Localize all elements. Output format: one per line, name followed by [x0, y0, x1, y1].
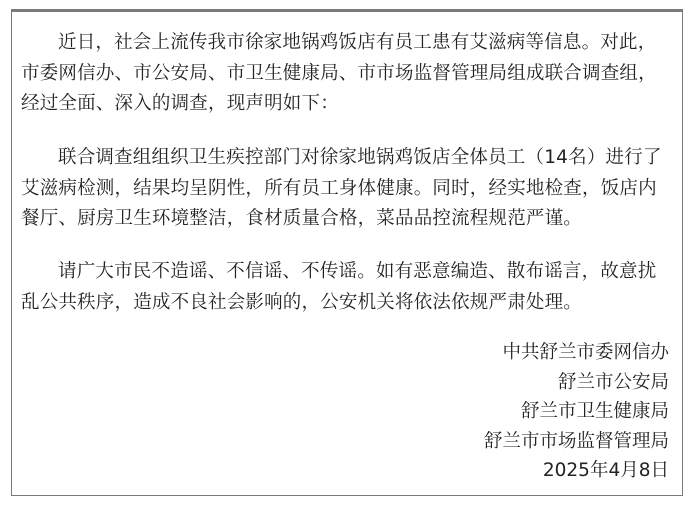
signatory-health-bureau: 舒兰市卫生健康局	[484, 397, 669, 427]
paragraph-findings: 联合调查组组织卫生疾控部门对徐家地锅鸡饭店全体员工（14名）进行了艾滋病检测，结…	[21, 143, 671, 235]
document-date: 2025年4月8日	[484, 456, 669, 486]
paragraph-intro: 近日，社会上流传我市徐家地锅鸡饭店有员工患有艾滋病等信息。对此，市委网信办、市公…	[21, 28, 671, 120]
paragraph-intro-text: 近日，社会上流传我市徐家地锅鸡饭店有员工患有艾滋病等信息。对此，市委网信办、市公…	[21, 32, 657, 114]
signature-block: 中共舒兰市委网信办 舒兰市公安局 舒兰市卫生健康局 舒兰市市场监督管理局 202…	[484, 338, 669, 486]
signatory-public-security-bureau: 舒兰市公安局	[484, 368, 669, 398]
signatory-market-supervision-bureau: 舒兰市市场监督管理局	[484, 427, 669, 457]
paragraph-warning-text: 请广大市民不造谣、不信谣、不传谣。如有恶意编造、散布谣言，故意扰乱公共秩序，造成…	[21, 261, 656, 313]
signatory-cyberspace-office: 中共舒兰市委网信办	[484, 338, 669, 368]
paragraph-warning: 请广大市民不造谣、不信谣、不传谣。如有恶意编造、散布谣言，故意扰乱公共秩序，造成…	[21, 257, 671, 318]
paragraph-findings-text: 联合调查组组织卫生疾控部门对徐家地锅鸡饭店全体员工（14名）进行了艾滋病检测，结…	[21, 147, 662, 229]
